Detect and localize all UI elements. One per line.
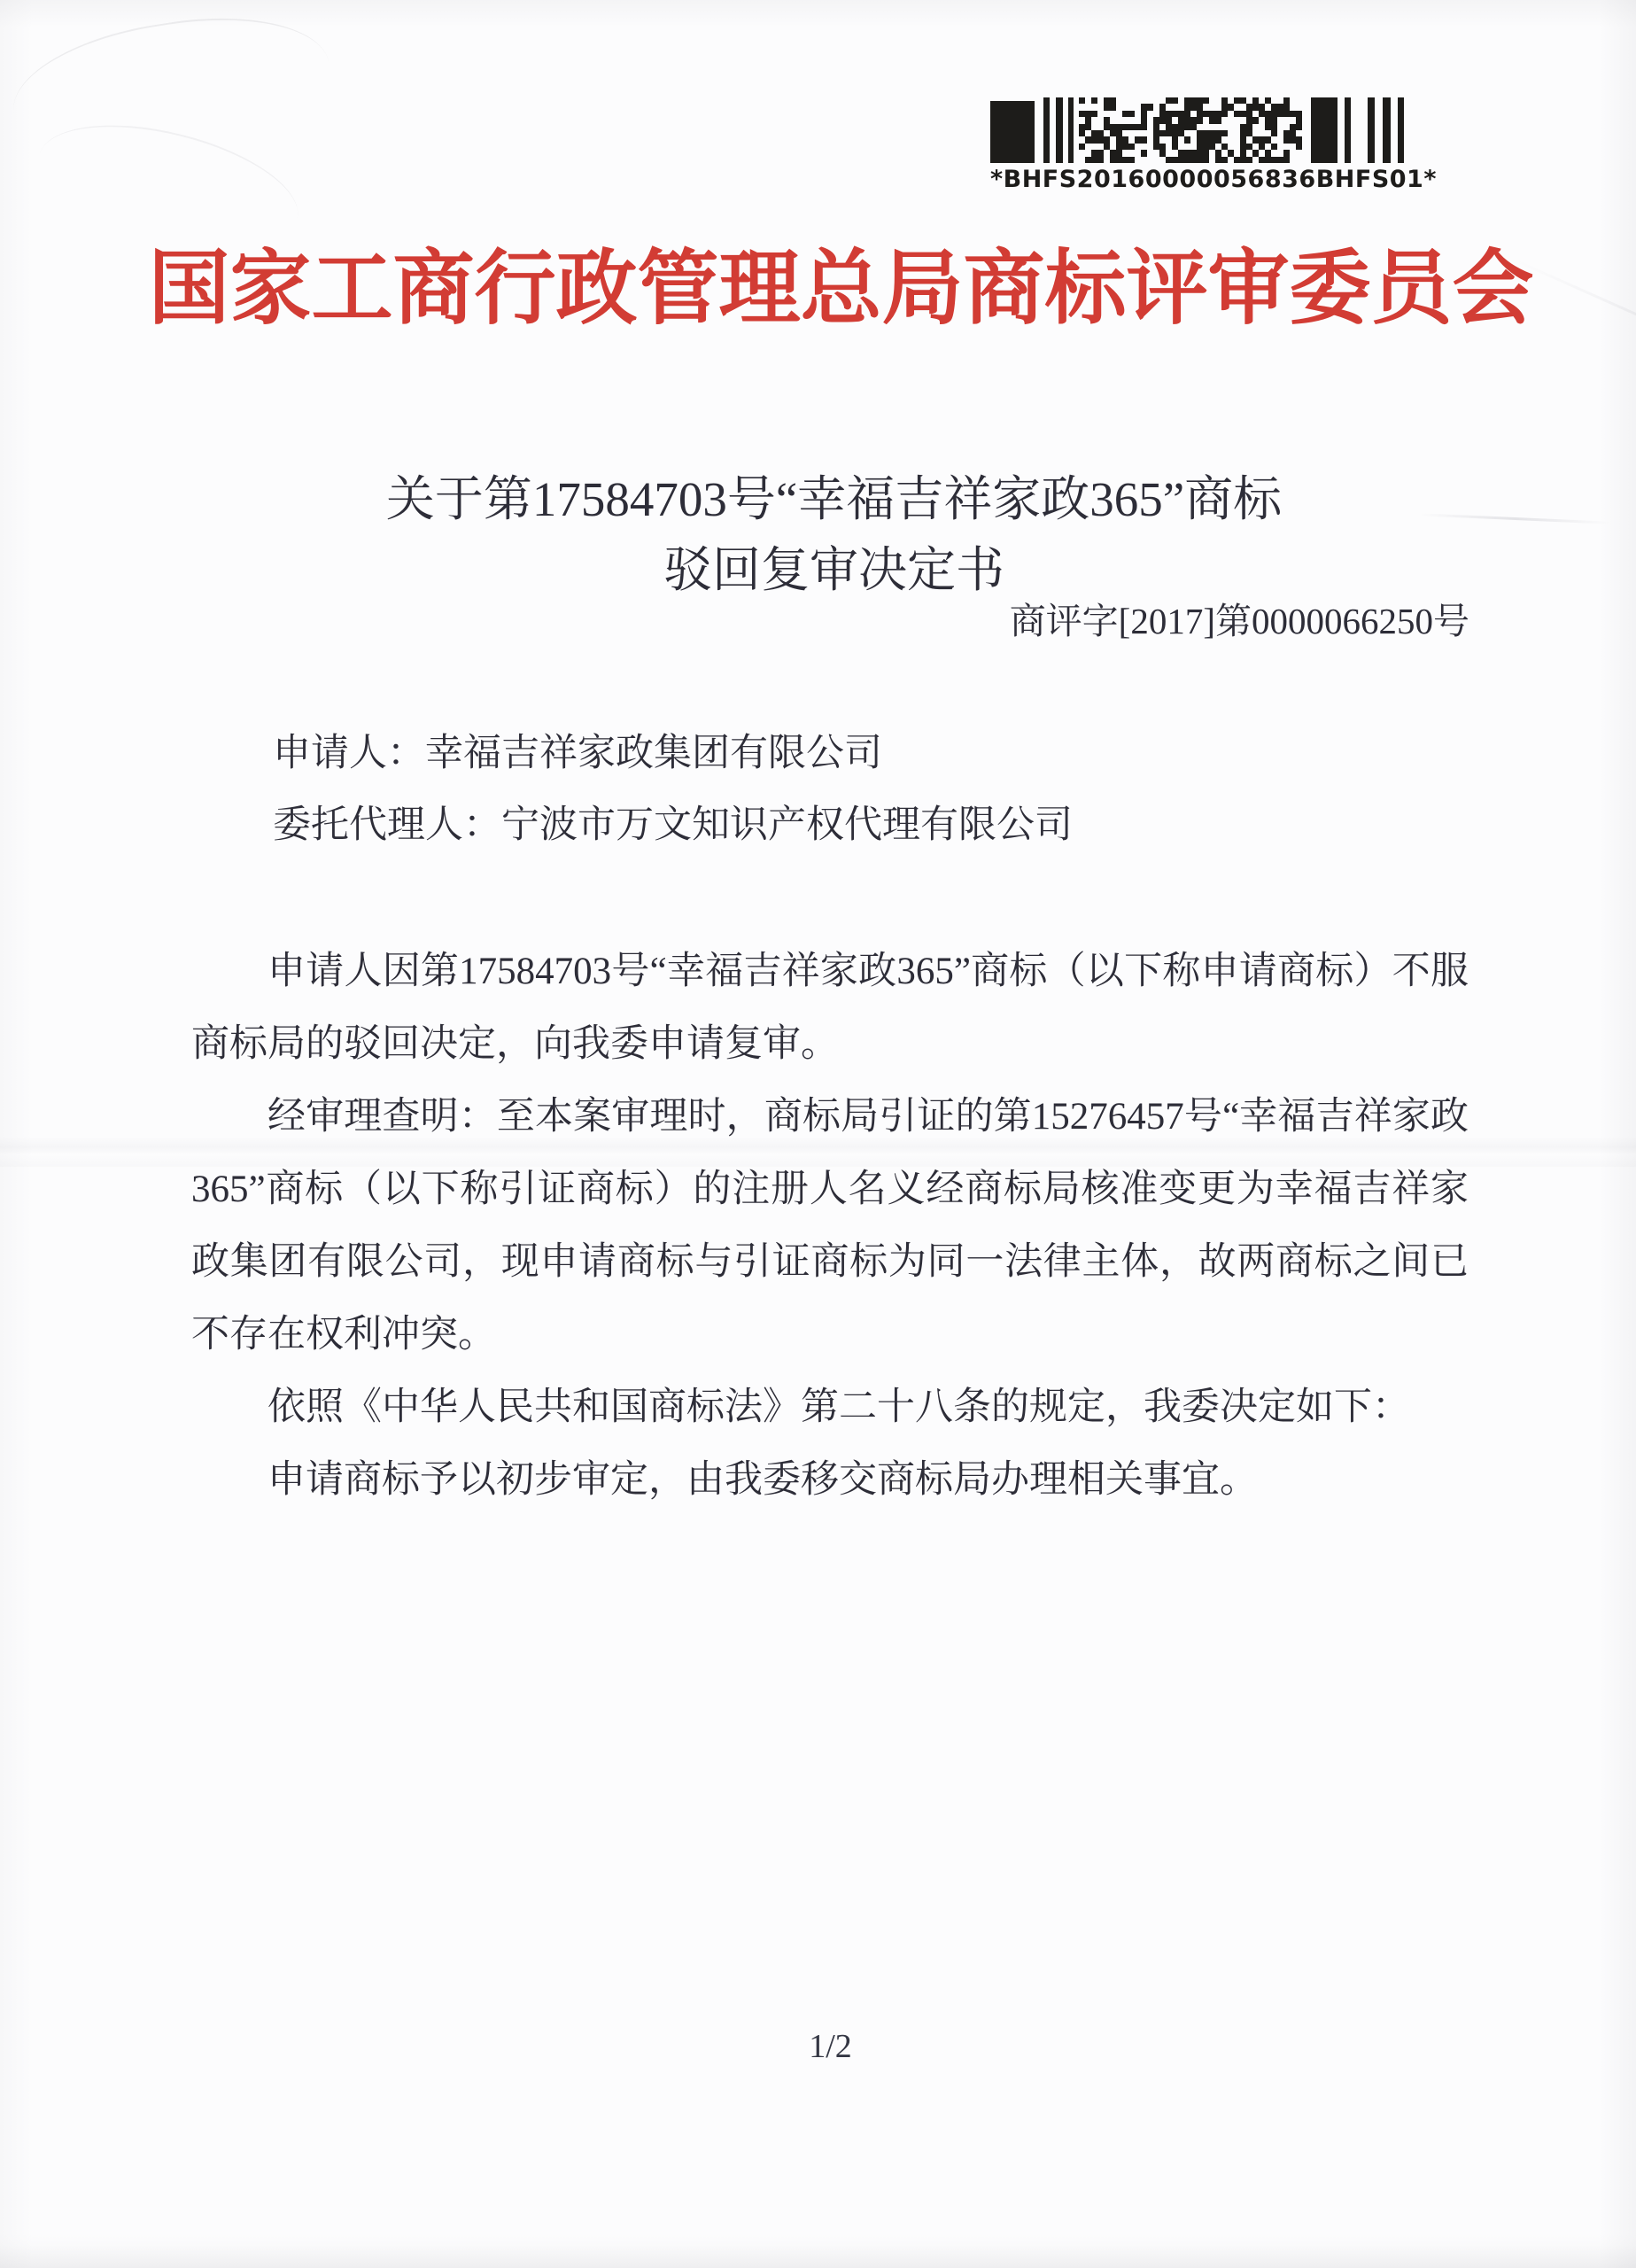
body-paragraph: 申请人因第17584703号“幸福吉祥家政365”商标（以下称申请商标）不服商标…: [191, 936, 1469, 1081]
parties-block: 申请人：幸福吉祥家政集团有限公司 委托代理人：宁波市万文知识产权代理有限公司: [273, 718, 1073, 861]
document-title-line1: 关于第17584703号“幸福吉祥家政365”商标: [16, 464, 1636, 535]
scan-edge-shadow: [0, 2245, 1636, 2268]
barcode-bar: [1398, 97, 1404, 163]
applicant-name: 幸福吉祥家政集团有限公司: [425, 733, 882, 774]
barcode-block: [990, 101, 1035, 163]
barcode-text: *BHFS20160000056836BHFS01*: [990, 166, 1421, 193]
agent-line: 委托代理人：宁波市万文知识产权代理有限公司: [273, 789, 1073, 861]
reference-number: 商评字[2017]第0000066250号: [1010, 592, 1469, 644]
barcode-bar: [1345, 97, 1351, 163]
barcode-matrix: [1079, 97, 1307, 163]
document-title: 关于第17584703号“幸福吉祥家政365”商标 驳回复审决定书: [16, 464, 1636, 606]
body-paragraph: 依照《中华人民共和国商标法》第二十八条的规定，我委决定如下：: [191, 1371, 1469, 1444]
agent-label: 委托代理人：: [273, 804, 501, 846]
agent-name: 宁波市万文知识产权代理有限公司: [501, 804, 1073, 846]
page-number: 1/2: [12, 2027, 1636, 2066]
issuer-title: 国家工商行政管理总局商标评审委员会: [23, 223, 1636, 340]
decision-body: 申请人因第17584703号“幸福吉祥家政365”商标（以下称申请商标）不服商标…: [191, 936, 1469, 1517]
applicant-line: 申请人：幸福吉祥家政集团有限公司: [273, 718, 1073, 789]
scanned-document-page: *BHFS20160000056836BHFS01* 国家工商行政管理总局商标评…: [0, 0, 1636, 2268]
barcode-bar: [1383, 97, 1391, 163]
barcode-bar: [1368, 97, 1375, 163]
barcode: *BHFS20160000056836BHFS01*: [990, 97, 1421, 193]
body-paragraph: 申请商标予以初步审定，由我委移交商标局办理相关事宜。: [191, 1444, 1469, 1517]
barcode-bar: [1068, 97, 1074, 163]
barcode-bar: [1056, 97, 1063, 163]
barcode-block: [1311, 97, 1337, 163]
barcode-bars: [990, 97, 1421, 163]
scan-edge-shadow: [1599, 0, 1636, 2268]
body-paragraph: 经审理查明：至本案审理时，商标局引证的第15276457号“幸福吉祥家政365”…: [191, 1081, 1469, 1371]
applicant-label: 申请人：: [273, 733, 425, 774]
barcode-bar: [1043, 97, 1050, 163]
